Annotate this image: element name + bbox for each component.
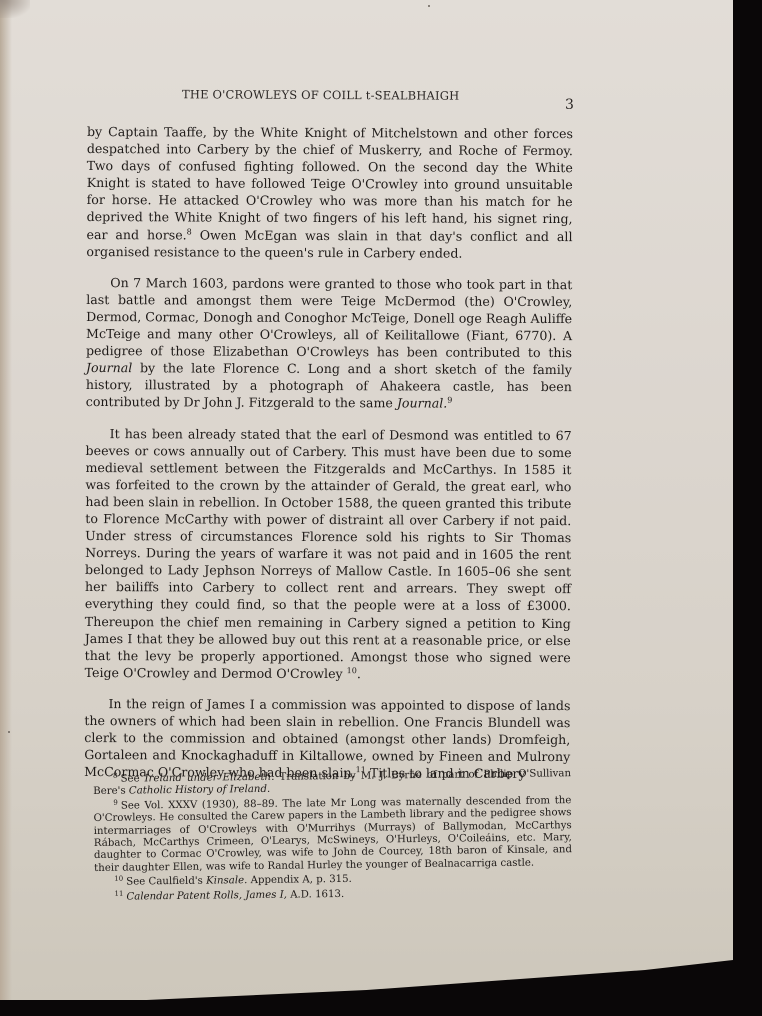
paper-speck bbox=[430, 436, 432, 438]
footnote-number: 10 bbox=[114, 875, 123, 883]
italic-text: Journal. bbox=[397, 396, 447, 411]
book-page: THE O'CROWLEYS OF COILL t-SEALBHAIGH 3 b… bbox=[0, 0, 733, 1000]
footnote-reference: 9 bbox=[447, 396, 452, 405]
footnotes: 8See Ireland under Elizabeth. Translatio… bbox=[93, 768, 573, 906]
footnote-reference: 8 bbox=[187, 227, 192, 236]
italic-text: Kinsale. bbox=[206, 875, 247, 887]
photo-scene: THE O'CROWLEYS OF COILL t-SEALBHAIGH 3 b… bbox=[0, 0, 762, 1016]
footnote: 9See Vol. XXXV (1930), 88–89. The late M… bbox=[93, 795, 572, 875]
paper-speck bbox=[428, 5, 430, 7]
page-corner-shadow bbox=[0, 0, 30, 18]
running-head: THE O'CROWLEYS OF COILL t-SEALBHAIGH bbox=[182, 87, 460, 102]
footnote-number: 9 bbox=[113, 799, 118, 807]
italic-text: Journal bbox=[86, 360, 132, 375]
page-gutter-shadow bbox=[0, 0, 12, 1016]
paragraph: It has been already stated that the earl… bbox=[85, 424, 572, 683]
italic-text: Ireland under Elizabeth. bbox=[145, 772, 275, 785]
footnote-reference: 10 bbox=[347, 666, 357, 675]
paragraph: On 7 March 1603, pardons were granted to… bbox=[86, 274, 573, 413]
footnote-number: 8 bbox=[113, 772, 118, 780]
footnote-number: 11 bbox=[114, 889, 123, 897]
italic-text: Catholic History of Ireland. bbox=[129, 784, 270, 797]
paragraph: by Captain Taaffe, by the White Knight o… bbox=[86, 123, 573, 262]
footnote: 8See Ireland under Elizabeth. Translatio… bbox=[93, 768, 571, 799]
page-number: 3 bbox=[565, 97, 574, 113]
body-text: by Captain Taaffe, by the White Knight o… bbox=[84, 123, 573, 788]
italic-text: Calendar Patent Rolls, James I, bbox=[126, 889, 287, 902]
paper-speck bbox=[8, 731, 10, 733]
